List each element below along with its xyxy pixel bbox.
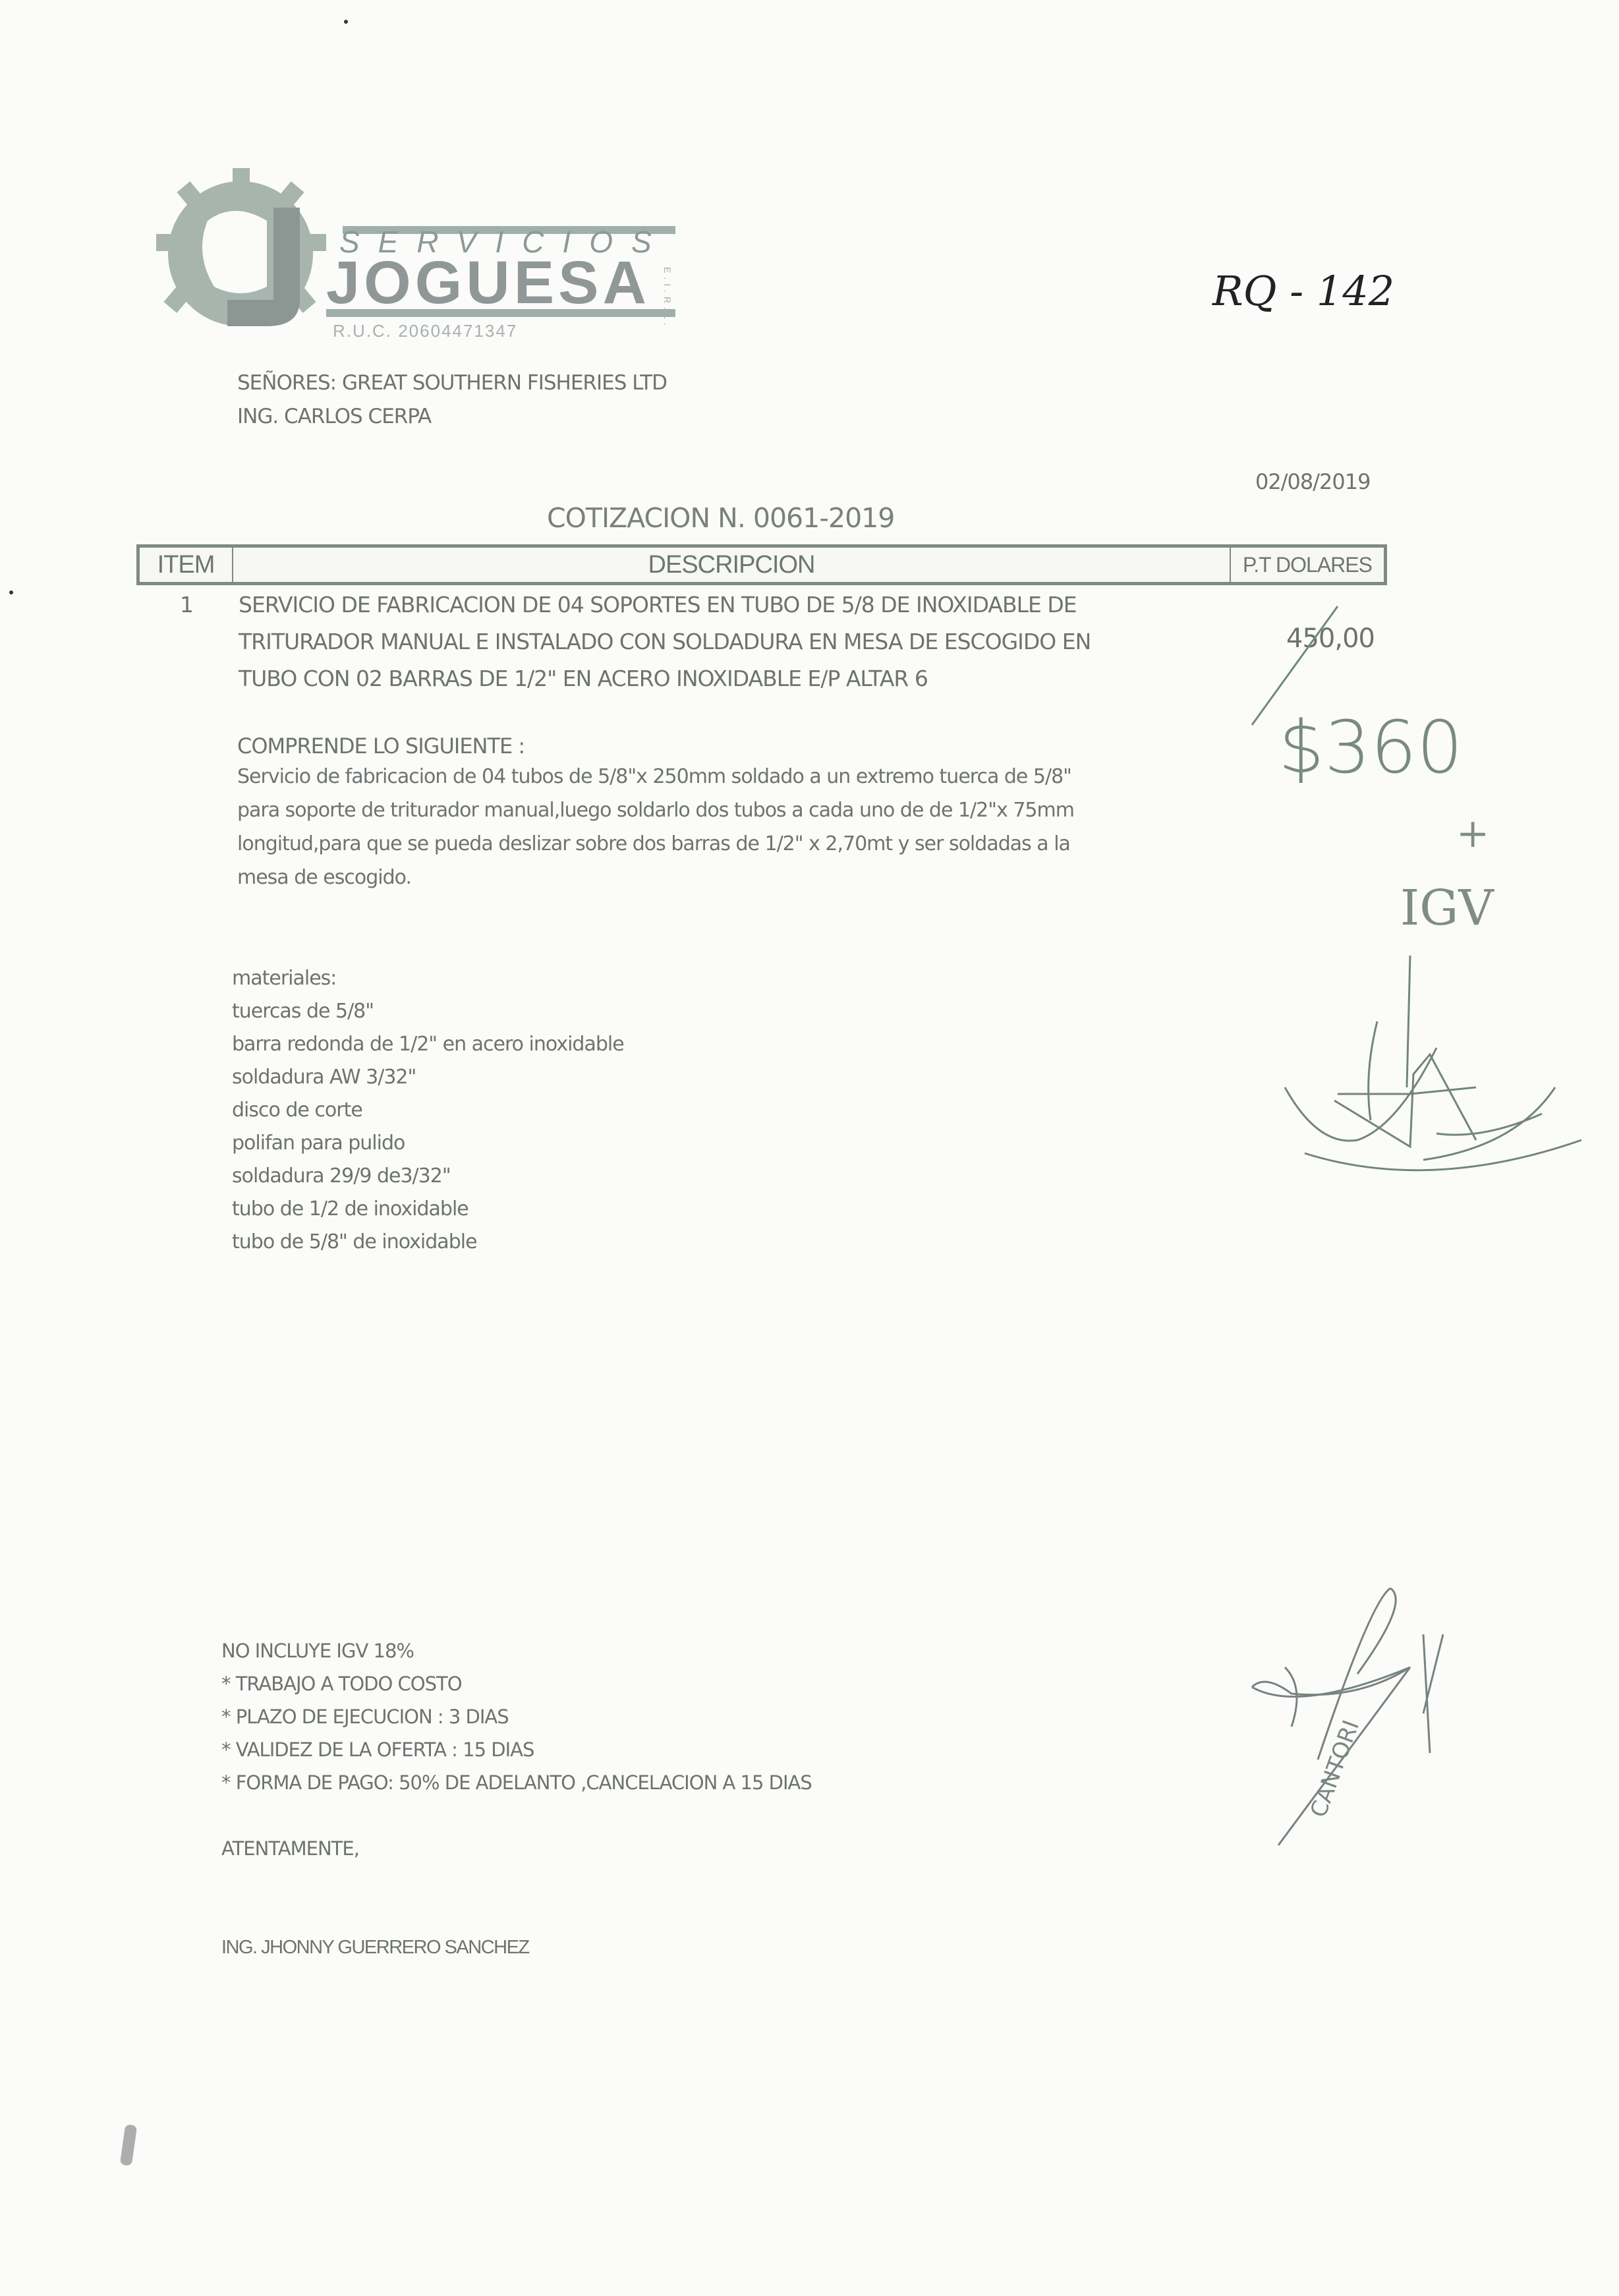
header-description: DESCRIPCION (233, 548, 1231, 582)
condition-line: NO INCLUYE IGV 18% (221, 1634, 414, 1667)
row-description-line: TUBO CON 02 BARRAS DE 1/2" EN ACERO INOX… (239, 660, 928, 697)
company-logo: SERVICIOS JOGUESA E.I.R.L. R.U.C. 206044… (142, 168, 682, 339)
materials-heading: materiales: (232, 962, 336, 995)
recipient-contact: ING. CARLOS CERPA (237, 398, 431, 435)
header-item: ITEM (140, 548, 233, 582)
material-item: barra redonda de 1/2" en acero inoxidabl… (232, 1028, 624, 1061)
closing-text: ATENTAMENTE, (221, 1832, 359, 1865)
scope-line: para soporte de triturador manual,luego … (237, 793, 1074, 827)
table-row: 1 SERVICIO DE FABRICACION DE 04 SOPORTES… (136, 587, 1387, 705)
row-item-number: 1 (180, 587, 193, 623)
scan-mark (344, 20, 348, 24)
condition-line: * TRABAJO A TODO COSTO (221, 1667, 462, 1700)
row-description-line: SERVICIO DE FABRICACION DE 04 SOPORTES E… (239, 587, 1077, 623)
scope-line: mesa de escogido. (237, 861, 411, 894)
quotation-title: COTIZACION N. 0061-2019 (547, 502, 894, 534)
row-description-line: TRITURADOR MANUAL E INSTALADO CON SOLDAD… (239, 623, 1091, 660)
scan-smudge (120, 2124, 137, 2166)
handwritten-price-note: $360 (1278, 705, 1463, 789)
condition-line: * FORMA DE PAGO: 50% DE ADELANTO ,CANCEL… (221, 1766, 812, 1799)
handwritten-plus: + (1456, 811, 1489, 857)
condition-line: * VALIDEZ DE LA OFERTA : 15 DIAS (221, 1733, 534, 1766)
table-header: ITEM DESCRIPCION P.T DOLARES (136, 544, 1387, 585)
logo-bar (326, 309, 675, 317)
material-item: tuercas de 5/8" (232, 995, 374, 1028)
scan-mark (9, 590, 13, 594)
handwritten-reference: RQ - 142 (1212, 267, 1394, 315)
logo-suffix: E.I.R.L. (662, 267, 673, 330)
header-price: P.T DOLARES (1231, 548, 1384, 582)
material-item: soldadura 29/9 de3/32" (232, 1160, 451, 1193)
receiver-signature: CANTORI (1226, 1582, 1502, 1858)
handwritten-tax-note: IGV (1400, 880, 1494, 936)
material-item: disco de corte (232, 1094, 362, 1127)
scope-heading: COMPRENDE LO SIGUIENTE : (237, 728, 525, 764)
approval-signature (1265, 942, 1595, 1219)
condition-line: * PLAZO DE EJECUCION : 3 DIAS (221, 1700, 509, 1733)
material-item: polifan para pulido (232, 1127, 405, 1160)
scope-line: Servicio de fabricacion de 04 tubos de 5… (237, 760, 1071, 793)
scope-line: longitud,para que se pueda deslizar sobr… (237, 827, 1070, 861)
signatory-name: ING. JHONNY GUERRERO SANCHEZ (221, 1931, 529, 1964)
material-item: soldadura AW 3/32" (232, 1061, 416, 1094)
recipient-company: SEÑORES: GREAT SOUTHERN FISHERIES LTD (237, 364, 667, 401)
material-item: tubo de 5/8" de inoxidable (232, 1226, 477, 1259)
company-ruc: R.U.C. 20604471347 (333, 321, 517, 341)
material-item: tubo de 1/2 de inoxidable (232, 1193, 469, 1226)
logo-name: JOGUESA (326, 252, 650, 313)
svg-text:CANTORI: CANTORI (1305, 1717, 1365, 1821)
document-date: 02/08/2019 (1255, 469, 1370, 494)
